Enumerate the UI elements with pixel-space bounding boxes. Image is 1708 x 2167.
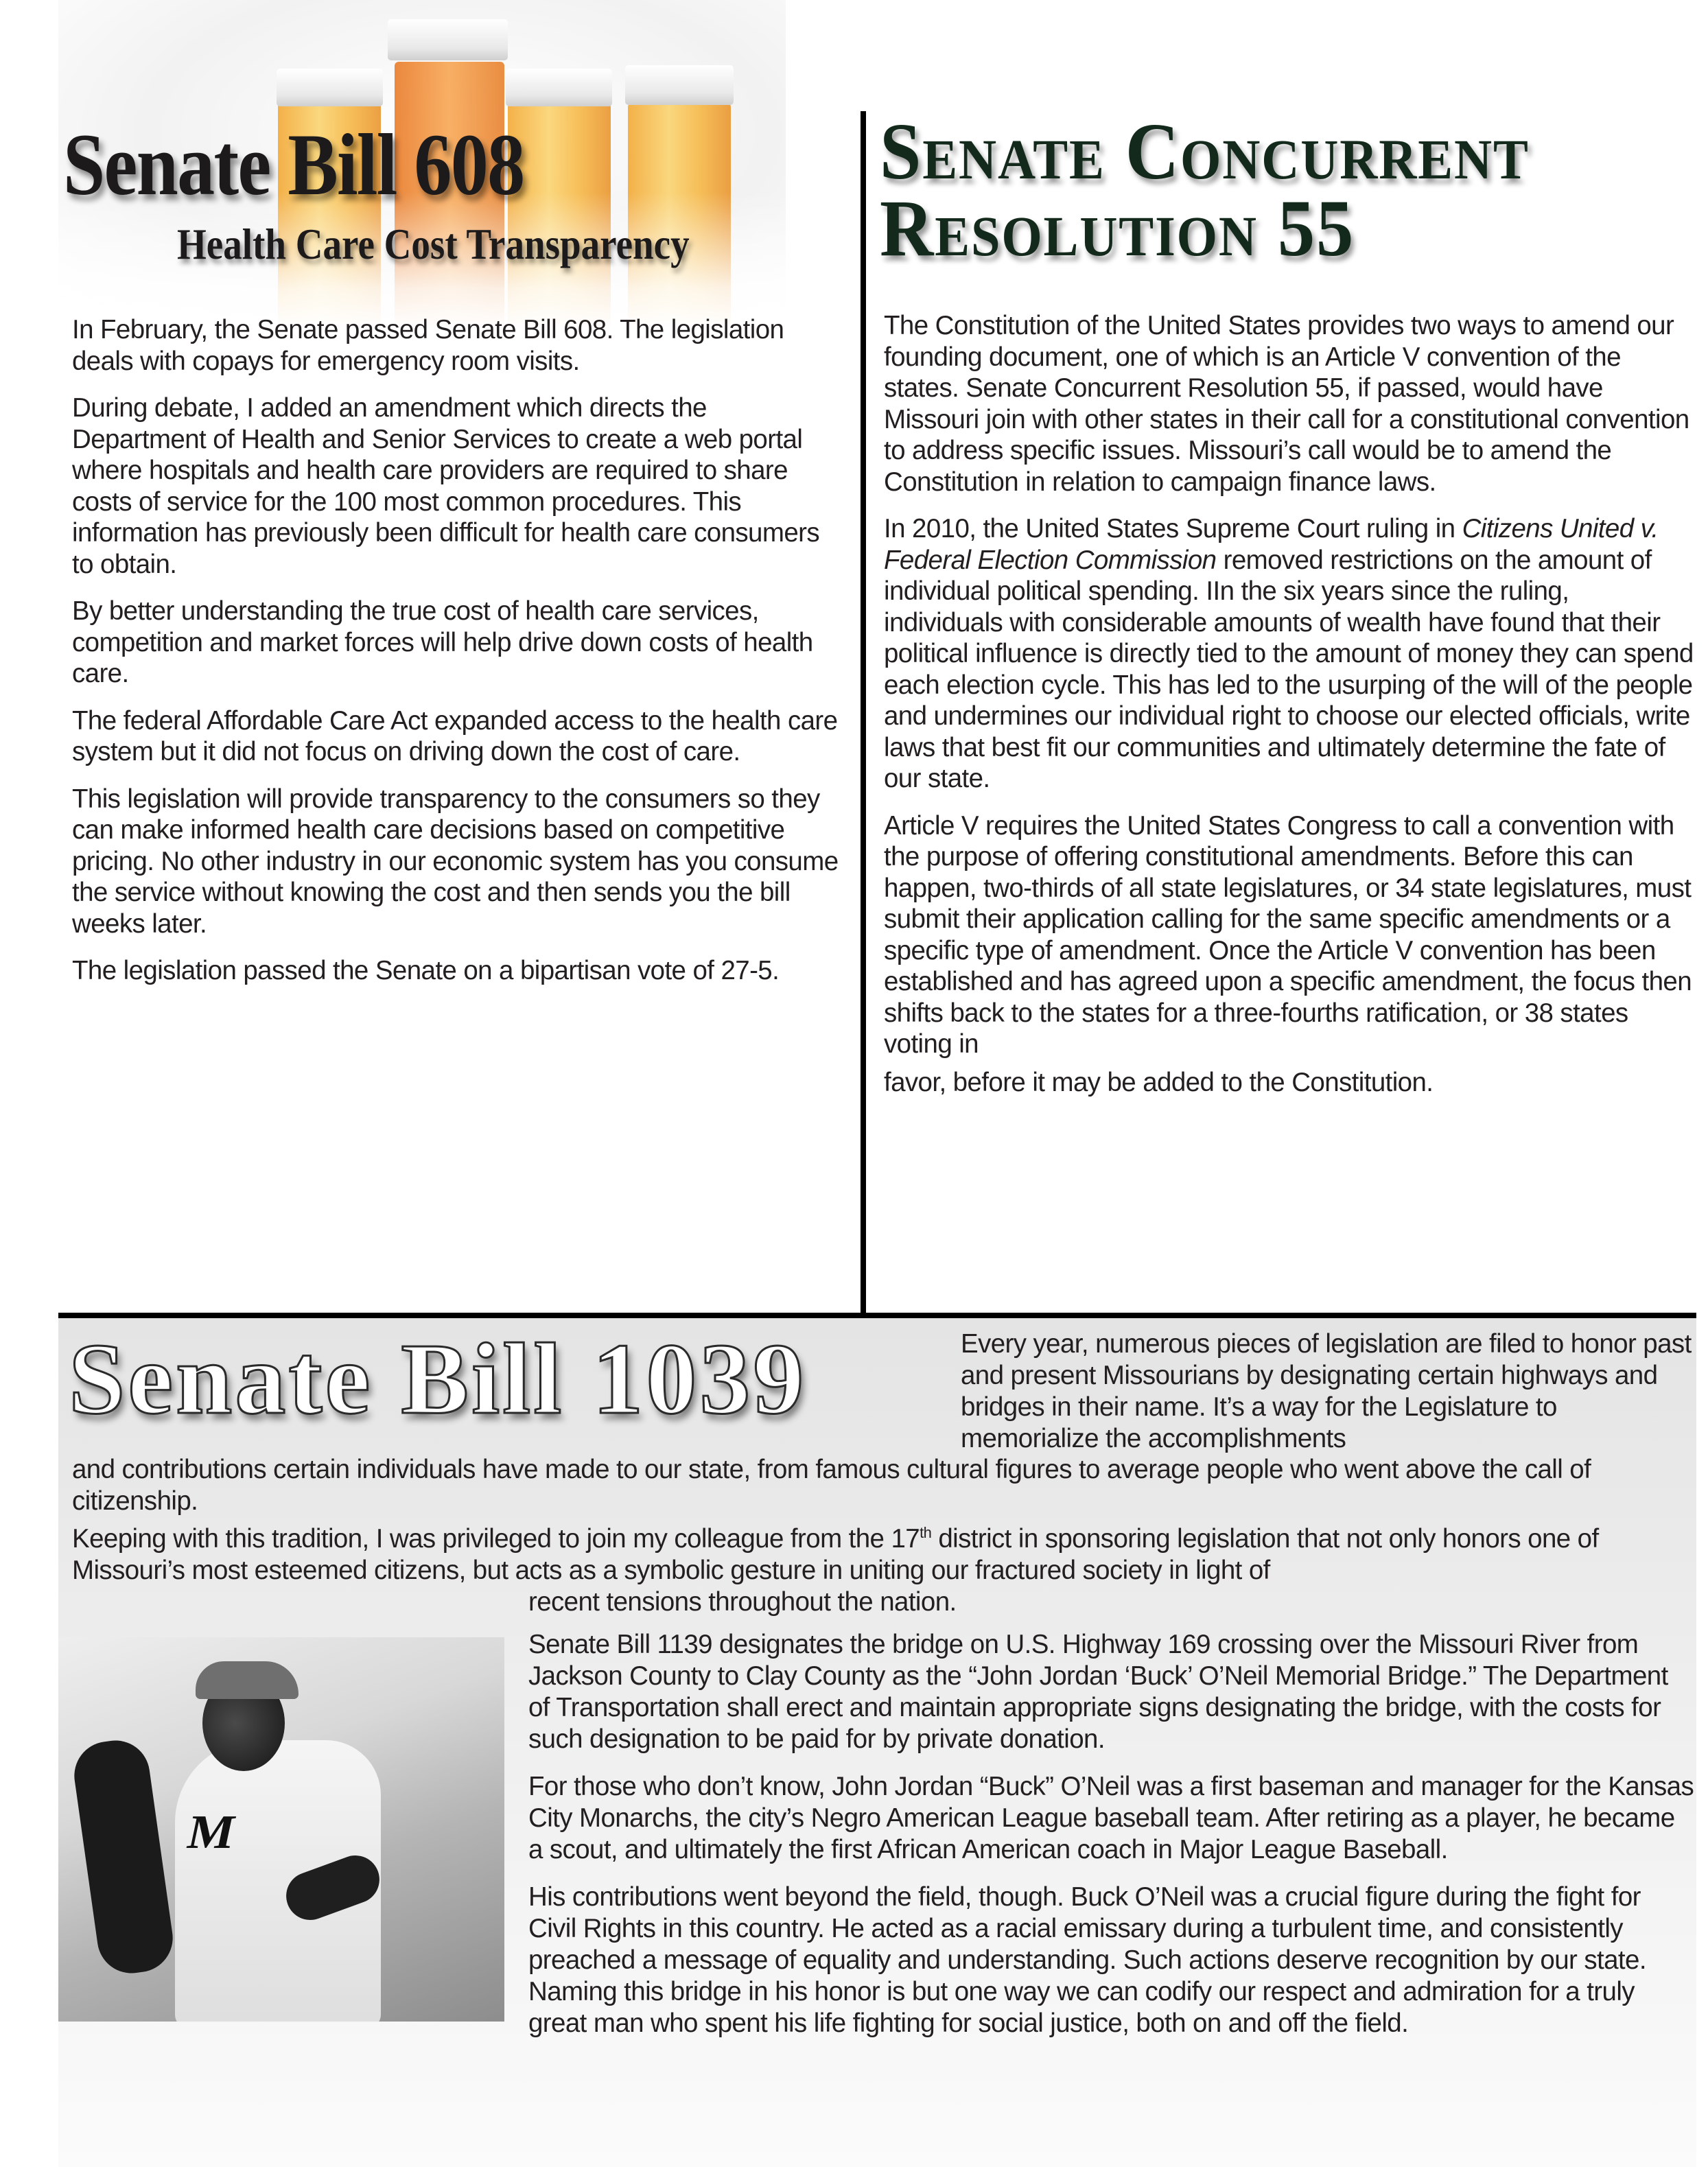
scr55-p2-lead: In 2010, the United States Supreme Court… — [884, 514, 1455, 543]
sb608-paragraph: During debate, I added an amendment whic… — [72, 393, 841, 580]
scr55-title-line1: Senate Concurrent — [880, 113, 1637, 190]
sb608-article: In February, the Senate passed Senate Bi… — [72, 314, 841, 1003]
sb608-paragraph: The legislation passed the Senate on a b… — [72, 955, 841, 987]
sb1039-paragraph: Keeping with this tradition, I was privi… — [72, 1523, 1698, 1586]
scr55-p2-rest: removed restrictions on the amount of in… — [884, 546, 1694, 794]
scr55-title: Senate Concurrent Resolution 55 — [880, 113, 1637, 267]
photo-figure-arm — [70, 1736, 177, 1978]
sb608-paragraph: By better understanding the true cost of… — [72, 596, 841, 690]
bottle-cap-icon — [277, 69, 383, 106]
sb608-title: Senate Bill 608 — [63, 117, 712, 213]
bottle-cap-icon — [625, 65, 734, 105]
sb1039-intro: Every year, numerous pieces of legislati… — [961, 1328, 1695, 1455]
section-divider — [58, 1313, 1696, 1318]
sb608-subtitle: Health Care Cost Transparency — [177, 220, 826, 269]
baseball-cap-icon — [196, 1661, 299, 1699]
scr55-p3-last: favor, before it may be added to the Con… — [884, 1067, 1694, 1099]
sb1039-paragraph-end: recent tensions throughout the nation. — [528, 1586, 1695, 1618]
sb1039-title: Senate Bill 1039 — [69, 1321, 961, 1438]
scr55-p3: Article V requires the United States Con… — [884, 811, 1692, 1059]
sb608-paragraph: This legislation will provide transparen… — [72, 784, 841, 940]
scr55-title-line2: Resolution 55 — [880, 190, 1637, 267]
sb1039-intro-continued: and contributions certain individuals ha… — [72, 1454, 1698, 1517]
sb1039-paragraph: Senate Bill 1139 designates the bridge o… — [528, 1629, 1695, 1755]
column-divider — [861, 111, 866, 1313]
sb1039-p2-a: Keeping with this tradition, I was privi… — [72, 1524, 920, 1554]
sb1039-paragraph: His contributions went beyond the field,… — [528, 1882, 1695, 2039]
buck-oneil-photo: M — [58, 1637, 504, 2022]
sb608-paragraph: In February, the Senate passed Senate Bi… — [72, 314, 841, 377]
scr55-paragraph: Article V requires the United States Con… — [884, 810, 1694, 1099]
bottle-cap-icon — [388, 19, 508, 60]
bottle-cap-icon — [506, 69, 612, 106]
sb608-paragraph: The federal Affordable Care Act expanded… — [72, 705, 841, 768]
sb1039-article: Senate Bill 1139 designates the bridge o… — [528, 1629, 1695, 2055]
scr55-article: The Constitution of the United States pr… — [884, 310, 1694, 1114]
ordinal-suffix: th — [920, 1524, 931, 1541]
scr55-paragraph: The Constitution of the United States pr… — [884, 310, 1694, 497]
scr55-paragraph: In 2010, the United States Supreme Court… — [884, 513, 1694, 795]
sb1039-paragraph: For those who don’t know, John Jordan “B… — [528, 1771, 1695, 1866]
